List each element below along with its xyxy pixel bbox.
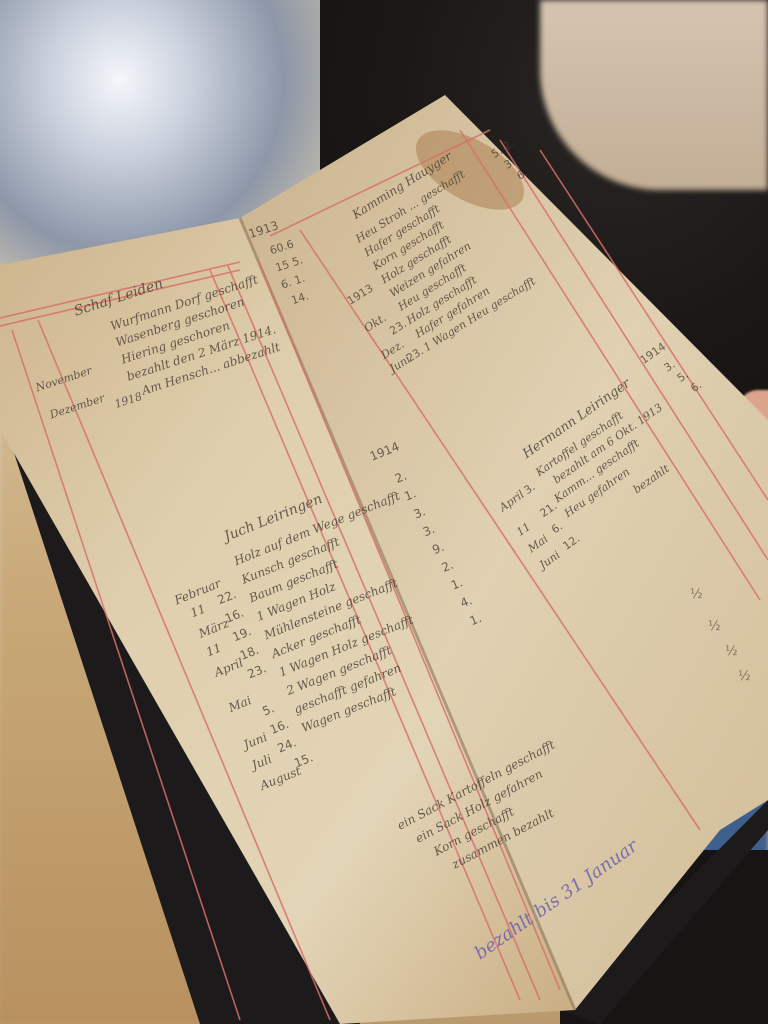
fraction-value: ½ [690,587,703,602]
ledger-book: Schaf Leiden 1913 November Wurfmann Dorf… [0,0,768,1024]
fraction-value: ½ [708,619,721,634]
fraction-value: ½ [725,644,738,659]
fraction-value: ½ [738,669,751,684]
